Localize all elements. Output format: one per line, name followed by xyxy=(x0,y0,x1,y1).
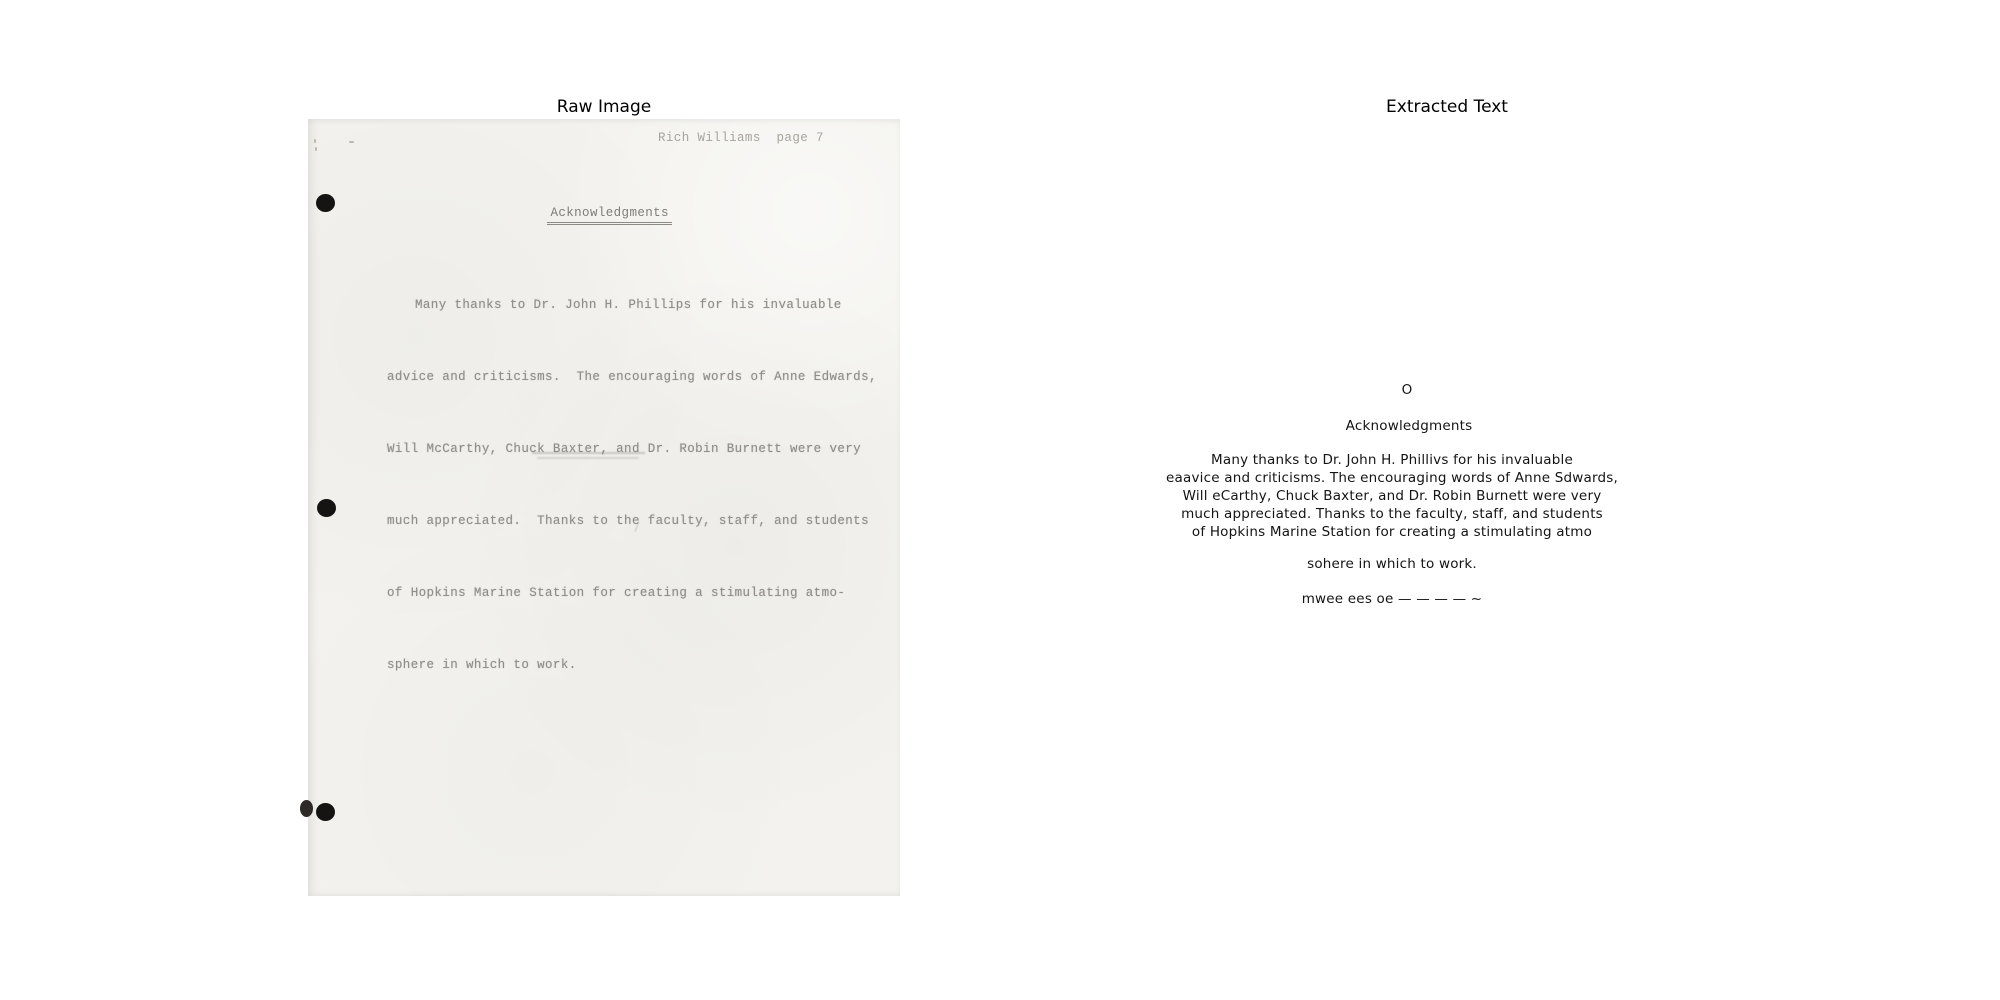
page-edge-ink-mark xyxy=(300,800,313,817)
extracted-line-artifact-dashes: mwee ees oe — — — — ~ xyxy=(1302,590,1483,608)
extracted-line: Many thanks to Dr. John H. Phillivs for … xyxy=(1166,451,1618,469)
typed-line: advice and criticisms. The encouraging w… xyxy=(387,365,877,389)
pencil-mark xyxy=(314,139,316,143)
extracted-line: much appreciated. Thanks to the faculty,… xyxy=(1166,505,1618,523)
punch-hole-top xyxy=(316,194,335,212)
acknowledgments-heading: Acknowledgments xyxy=(500,192,672,239)
extracted-line: Will eCarthy, Chuck Baxter, and Dr. Robi… xyxy=(1166,487,1618,505)
acknowledgments-paragraph: Many thanks to Dr. John H. Phillips for … xyxy=(387,245,877,725)
punch-hole-bottom xyxy=(316,803,335,821)
extracted-line-heading: Acknowledgments xyxy=(1346,417,1473,435)
figure-canvas: Raw Image Extracted Text Rich Williams p… xyxy=(0,0,2000,1000)
extracted-line-sohere: sohere in which to work. xyxy=(1307,555,1477,573)
pencil-mark xyxy=(315,147,317,151)
extracted-paragraph: Many thanks to Dr. John H. Phillivs for … xyxy=(1166,451,1618,541)
acknowledgments-heading-text: Acknowledgments xyxy=(547,206,672,225)
typed-line: Many thanks to Dr. John H. Phillips for … xyxy=(387,293,877,317)
typed-line: sphere in which to work. xyxy=(387,653,877,677)
extracted-text-panel-title: Extracted Text xyxy=(1386,97,1508,117)
extracted-line: of Hopkins Marine Station for creating a… xyxy=(1166,523,1618,541)
typed-line: of Hopkins Marine Station for creating a… xyxy=(387,581,877,605)
raw-image-panel-title: Raw Image xyxy=(557,97,651,117)
extracted-line: eaavice and criticisms. The encouraging … xyxy=(1166,469,1618,487)
typed-line: much appreciated. Thanks to the faculty,… xyxy=(387,509,877,533)
erased-text-smudge xyxy=(532,450,645,460)
extracted-line-artifact-o: O xyxy=(1402,381,1413,399)
punch-hole-middle xyxy=(317,499,336,517)
scanned-page: Rich Williams page 7 Acknowledgments Man… xyxy=(308,119,900,896)
page-header-author-page-number: Rich Williams page 7 xyxy=(658,131,824,145)
pencil-mark xyxy=(349,141,354,143)
